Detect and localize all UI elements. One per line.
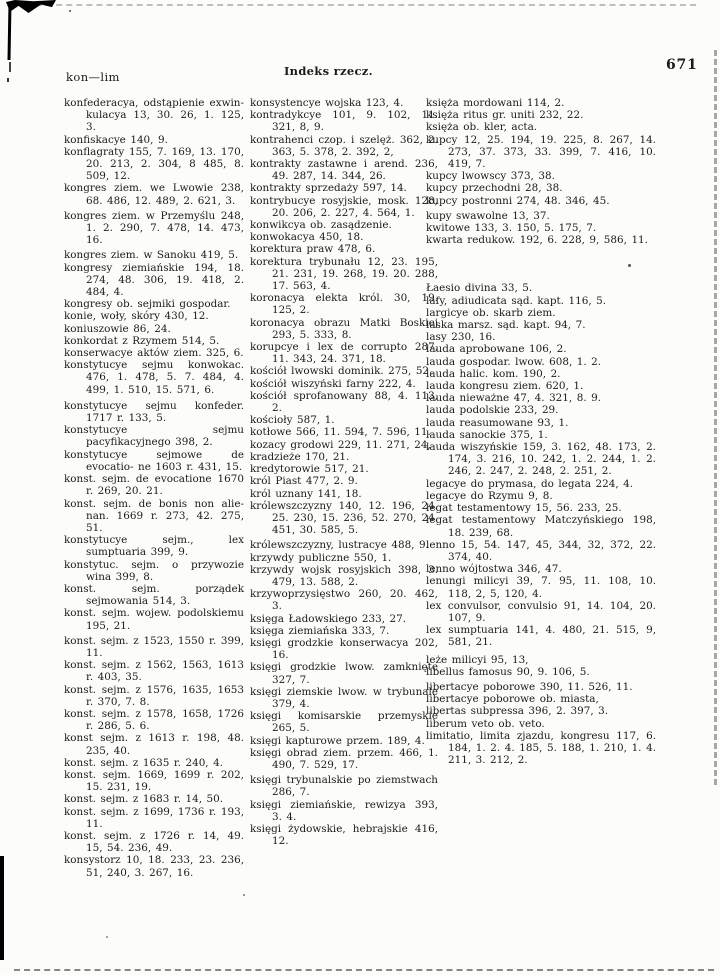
index-entry: lenungi milicyi 39, 7. 95, 11. 108, 10. … [426, 575, 656, 599]
index-entry: księgi trybunalskie po ziemstwach 286, 7… [250, 774, 438, 798]
index-column-1: konfederacya, odstąpienie exwin- kulacya… [64, 97, 244, 879]
index-entry: kredytorowie 517, 21. [250, 463, 438, 475]
index-entry: księgi grodzkie lwow. zamknięte 327, 7. [250, 661, 438, 685]
index-entry: lauda podolskie 233, 29. [426, 404, 656, 416]
scan-speck [106, 936, 108, 938]
index-entry: koniuszowie 86, 24. [64, 323, 244, 335]
index-entry: księgi obrad ziem. przem. 466, 1. 490, 7… [250, 747, 438, 771]
index-entry: kontrakty zastawne i arend. 236, 49. 287… [250, 158, 438, 182]
scanned-page: kon—lim Indeks rzecz. 671 konfederacya, … [0, 0, 720, 975]
index-entry: kupcy lwowscy 373, 38. [426, 170, 656, 182]
scan-artifact-right-dashed-line [714, 50, 717, 785]
scan-artifact-left-edge-fragment [9, 62, 11, 72]
index-entry: konst. sejm. wojew. podolskiemu 195, 21. [64, 607, 244, 631]
index-entry: korektura trybunału 12, 23. 195, 21. 231… [250, 256, 438, 293]
index-entry: kontradykcye 101, 9. 102, 11. 321, 8, 9. [250, 109, 438, 133]
index-entry: lasy 230, 16. [426, 331, 656, 343]
index-entry: libellus famosus 90, 9. 106, 5. [426, 666, 656, 678]
index-entry: konstytucye sejm., lex sumptuaria 399, 9… [64, 534, 244, 558]
index-entry: konwokacya 450, 18. [250, 231, 438, 243]
page-number: 671 [666, 57, 698, 73]
index-entry: laska marsz. sąd. kapt. 94, 7. [426, 319, 656, 331]
index-entry: kongresy ziemiańskie 194, 18. 274, 48. 3… [64, 262, 244, 299]
index-entry: libertas subpressa 396, 2. 397, 3. [426, 705, 656, 717]
index-entry: lex sumptuaria 141, 4. 480, 21. 515, 9, … [426, 624, 656, 648]
index-entry: lauda nieważne 47, 4. 321, 8. 9. [426, 392, 656, 404]
index-entry: konst sejm. z 1613 r. 198, 48. 235, 40. [64, 732, 244, 756]
scan-artifact-corner-blob [6, 0, 56, 13]
scan-speck [243, 894, 245, 896]
index-entry: leże milicyi 95, 13, [426, 654, 656, 666]
index-column-3: księża mordowani 114, 2.księża ritus gr.… [426, 97, 656, 766]
index-entry: Łaesio divina 33, 5. [426, 282, 656, 294]
index-entry: lauda sanockie 375, 1. [426, 429, 656, 441]
index-entry: kradzieże 170, 21. [250, 451, 438, 463]
index-entry: koronacya obrazu Matki Boskiej 293, 5. 3… [250, 317, 438, 341]
index-entry: konstytucye sejmu konfeder. 1717 r. 133,… [64, 400, 244, 424]
index-entry: konfiskacye 140, 9. [64, 134, 244, 146]
index-entry: konst. sejm. z 1726 r. 14, 49. 15, 54. 2… [64, 830, 244, 854]
index-entry: legacye do Rzymu 9, 8. [426, 490, 656, 502]
index-entry: księgi żydowskie, hebrajskie 416, 12. [250, 823, 438, 847]
index-entry: kościół sprofanowany 88, 4. 113, 2. [250, 390, 438, 414]
index-entry: lauda gospodar. lwow. 608, 1. 2. [426, 356, 656, 368]
index-entry: libertacye poborowe 390, 11. 526, 11. [426, 681, 656, 693]
index-entry: konst. sejm. z 1578, 1658, 1726 r. 286, … [64, 708, 244, 732]
index-entry: konst. sejm. z 1699, 1736 r. 193, 11. [64, 806, 244, 830]
index-entry: konst. sejm. 1669, 1699 r. 202, 15. 231,… [64, 769, 244, 793]
index-entry: księża mordowani 114, 2. [426, 97, 656, 109]
index-entry: konst. sejm. porządek sejmowania 514, 3. [64, 583, 244, 607]
index-entry: królewszczyzny, lustracye 488, 9. [250, 539, 438, 551]
index-entry: księża ritus gr. uniti 232, 22. [426, 109, 656, 121]
index-entry: kościoły 587, 1. [250, 414, 438, 426]
index-entry: korektura praw 478, 6. [250, 243, 438, 255]
scan-artifact-bottom-dashed-line [14, 969, 714, 971]
index-entry: lenno 15, 54. 147, 45, 344, 32, 372, 22.… [426, 539, 656, 563]
index-entry: księgi grodzkie konserwacya 202, 16. [250, 637, 438, 661]
index-entry: lafy, adiudicata sąd. kapt. 116, 5. [426, 295, 656, 307]
index-entry: kupcy postronni 274, 48. 346, 45. [426, 195, 656, 207]
index-entry: kongres ziem. w Sanoku 419, 5. [64, 249, 244, 261]
index-entry: legacye do prymasa, do legata 224, 4. [426, 478, 656, 490]
index-entry: konkordat z Rzymem 514, 5. [64, 335, 244, 347]
index-entry: kozacy grodowi 229, 11. 271, 24, [250, 439, 438, 451]
index-entry: largicye ob. skarb ziem. [426, 307, 656, 319]
index-entry: limitatio, limita zjazdu, kongresu 117, … [426, 730, 656, 767]
index-entry: król uznany 141, 18. [250, 488, 438, 500]
index-entry: konst. sejm. z 1523, 1550 r. 399, 11. [64, 635, 244, 659]
index-entry: konstytucye sejmu konwokac. 476, 1. 478,… [64, 359, 244, 396]
index-entry: księża ob. kler, acta. [426, 121, 656, 133]
index-entry: lauda wiszyńskie 159, 3. 162, 48. 173, 2… [426, 441, 656, 478]
index-entry: krzywoprzysięstwo 260, 20. 462, 3. [250, 588, 438, 612]
index-entry: krzywdy wojsk rosyjskich 398, 3. 479, 13… [250, 564, 438, 588]
index-entry: księgi ziemskie lwow. w trybunale 379, 4… [250, 686, 438, 710]
index-entry: konstytuc. sejm. o przywozie wina 399, 8… [64, 559, 244, 583]
index-entry: księgi kapturowe przem. 189, 4. [250, 735, 438, 747]
index-entry: kwarta redukow. 192, 6. 228, 9, 586, 11. [426, 234, 656, 246]
index-entry: lauda aprobowane 106, 2. [426, 343, 656, 355]
index-entry: kwitowe 133, 3. 150, 5. 175, 7. [426, 222, 656, 234]
index-entry: konst. sejm. z 1562, 1563, 1613 r. 403, … [64, 659, 244, 683]
index-entry: kontrahenci czop. i szelęż. 362, 2. 363,… [250, 134, 438, 158]
index-entry: koronacya elekta król. 30, 19. 125, 2. [250, 292, 438, 316]
index-entry: konflagraty 155, 7. 169, 13. 170, 20. 21… [64, 146, 244, 183]
index-entry: konie, woły, skóry 430, 12. [64, 310, 244, 322]
index-entry: kupcy przechodni 28, 38. [426, 182, 656, 194]
index-entry: królewszczyzny 140, 12. 196, 24. 25. 230… [250, 500, 438, 537]
scan-artifact-left-edge-dot [7, 78, 9, 82]
index-entry: kontrakty sprzedaży 597, 14. [250, 182, 438, 194]
index-entry: kupcy 12, 25. 194, 19. 225, 8. 267, 14. … [426, 134, 656, 171]
running-head-range: kon—lim [66, 70, 120, 84]
index-entry: konsystencye wojska 123, 4. [250, 97, 438, 109]
scan-artifact-top-dashed-line [26, 4, 696, 6]
index-column-2: konsystencye wojska 123, 4.kontradykcye … [250, 97, 438, 847]
index-entry: lenno wójtostwa 346, 47. [426, 563, 656, 575]
index-entry: krzywdy publiczne 550, 1. [250, 552, 438, 564]
index-entry: konst. sejm. z 1683 r. 14, 50. [64, 793, 244, 805]
index-entry: konfederacya, odstąpienie exwin- kulacya… [64, 97, 244, 134]
index-entry: libertacye poborowe ob. miasta, [426, 693, 656, 705]
index-entry: konserwacye aktów ziem. 325, 6. [64, 347, 244, 359]
index-entry: księgi komisarskie przemyskie 265, 5. [250, 710, 438, 734]
index-entry: kupy swawolne 13, 37. [426, 210, 656, 222]
index-entry: konstytucye sejmu pacyfikacyjnego 398, 2… [64, 424, 244, 448]
scan-artifact-bottom-left-bar [0, 856, 4, 960]
index-entry: legat testamentowy Matczyńskiego 198, 18… [426, 514, 656, 538]
index-entry: lex convulsor, convulsio 91, 14. 104, 20… [426, 600, 656, 624]
index-entry: konstytucye sejmowe de evocatio- ne 1603… [64, 449, 244, 473]
index-entry: kongres ziem. w Przemyślu 248, 1. 2. 290… [64, 210, 244, 247]
index-entry: król Piast 477, 2. 9. [250, 475, 438, 487]
index-entry: kościół wiszyński farny 222, 4. [250, 378, 438, 390]
index-entry: konsystorz 10, 18. 233, 23. 236, 51, 240… [64, 854, 244, 878]
index-entry: lauda halic. kom. 190, 2. [426, 368, 656, 380]
index-entry: kongres ziem. we Lwowie 238, 68. 486, 12… [64, 182, 244, 206]
index-entry: korupcye i lex de corrupto 287, 11. 343,… [250, 341, 438, 365]
index-entry: kongresy ob. sejmiki gospodar. [64, 298, 244, 310]
index-entry: kotłowe 566, 11. 594, 7. 596, 11. [250, 426, 438, 438]
index-entry: lauda kongresu ziem. 620, 1. [426, 380, 656, 392]
scan-artifact-left-edge-line [7, 2, 11, 60]
index-entry: konwikcya ob. zasądzenie. [250, 219, 438, 231]
index-entry: legat testamentowy 15, 56. 233, 25. [426, 502, 656, 514]
index-entry: kontrybucye rosyjskie, mosk. 128, 20. 20… [250, 195, 438, 219]
index-entry: lauda reasumowane 93, 1. [426, 417, 656, 429]
index-entry: konst. sejm. z 1635 r. 240, 4. [64, 757, 244, 769]
index-entry: kościół lwowski dominik. 275, 52. [250, 365, 438, 377]
index-entry: księgi ziemiańskie, rewizya 393, 3. 4. [250, 799, 438, 823]
index-entry: konst. sejm. de bonis non alie- nan. 166… [64, 498, 244, 535]
index-entry: księga ziemiańska 333, 7. [250, 625, 438, 637]
index-entry: konst. sejm. z 1576, 1635, 1653 r. 370, … [64, 684, 244, 708]
scan-speck [69, 10, 71, 12]
index-entry: konst. sejm. de evocatione 1670 r. 269, … [64, 473, 244, 497]
index-entry: liberum veto ob. veto. [426, 718, 656, 730]
running-head-title: Indeks rzecz. [284, 64, 373, 78]
index-entry: księga Ładowskiego 233, 27. [250, 613, 438, 625]
